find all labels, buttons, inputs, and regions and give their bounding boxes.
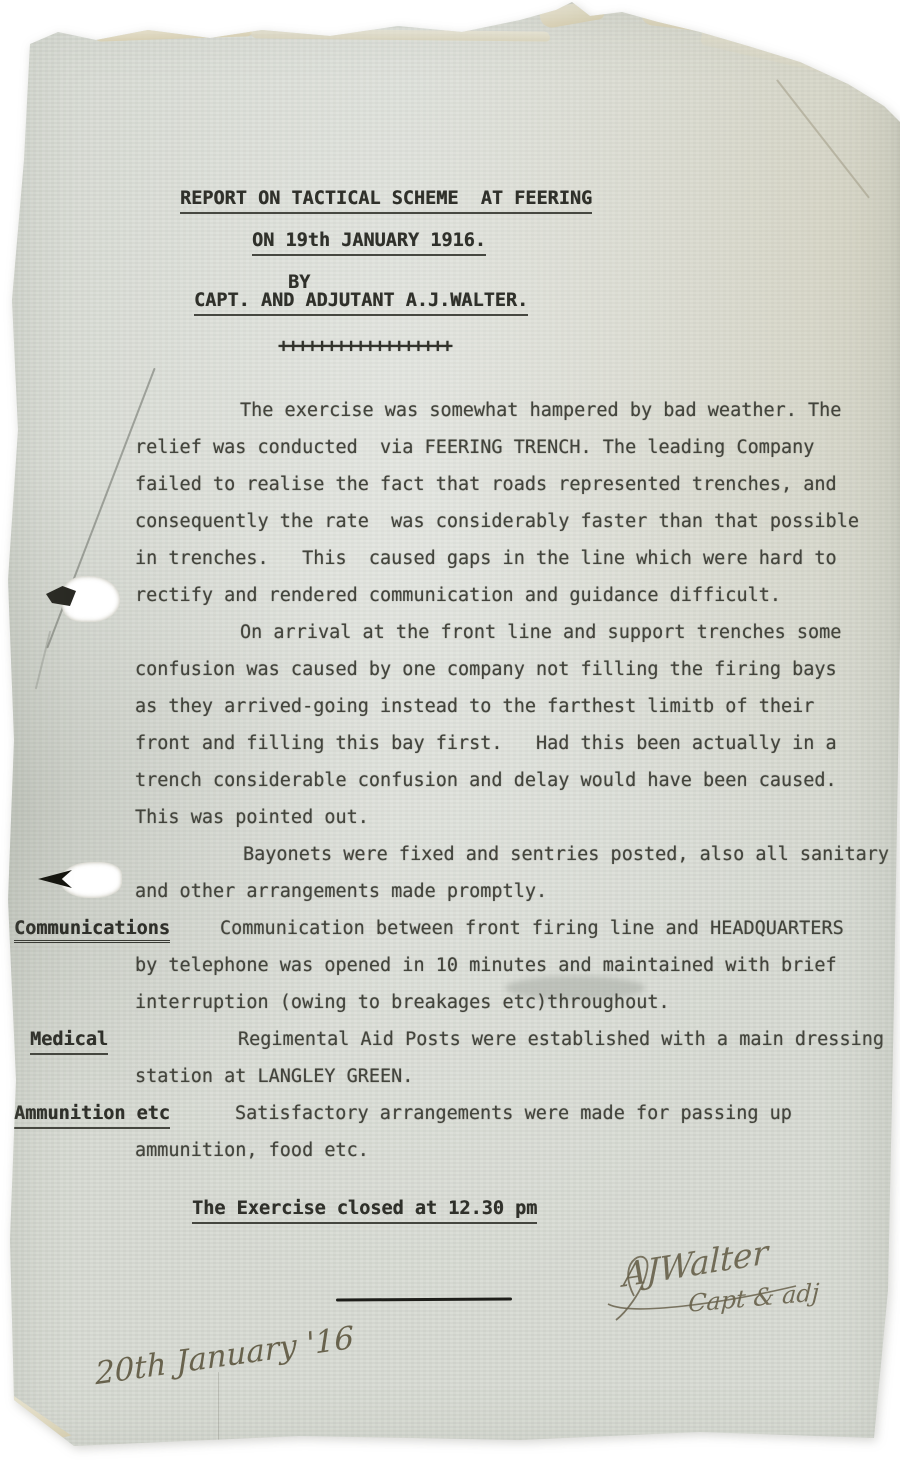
corner-fold	[700, 11, 900, 103]
section-label-medical: Medical	[30, 1021, 108, 1058]
paper-wrapper: REPORT ON TACTICAL SCHEME AT FEERING ON …	[0, 0, 900, 1462]
paper-tear	[60, 862, 122, 898]
scanned-report: REPORT ON TACTICAL SCHEME AT FEERING ON …	[0, 0, 900, 1462]
typed-rule-line	[336, 1298, 512, 1302]
section-text-ammunition: Satisfactory arrangements were made for …	[135, 1095, 900, 1169]
torn-edge-strip	[250, 28, 550, 41]
closing-line: The Exercise closed at 12.30 pm	[192, 1190, 537, 1227]
report-title: REPORT ON TACTICAL SCHEME AT FEERING	[180, 180, 592, 217]
torn-edge-strip	[92, 23, 252, 42]
report-date-line: ON 19th JANUARY 1916.	[252, 222, 486, 259]
report-date-text: ON 19th JANUARY 1916.	[252, 230, 486, 256]
crease-line	[35, 631, 51, 690]
handwritten-date: 20th January '16	[95, 1320, 355, 1393]
crease-line	[218, 1372, 219, 1448]
section-label-medical-text: Medical	[30, 1029, 108, 1055]
closing-text: The Exercise closed at 12.30 pm	[192, 1198, 537, 1224]
torn-edge-strip	[539, 0, 606, 29]
cross-divider: ++++++++++++++++++	[278, 328, 451, 365]
author-line: CAPT. AND ADJUTANT A.J.WALTER.	[194, 282, 528, 319]
section-text-medical: Regimental Aid Posts were established wi…	[135, 1021, 900, 1095]
paragraph-arrival: On arrival at the front line and support…	[135, 614, 900, 836]
section-text-communications: Communication between front firing line …	[135, 910, 900, 1021]
crease-line	[776, 79, 870, 198]
dog-ear-fold	[8, 1388, 74, 1446]
document-page: REPORT ON TACTICAL SCHEME AT FEERING ON …	[0, 0, 900, 1462]
report-title-text: REPORT ON TACTICAL SCHEME AT FEERING	[180, 188, 592, 214]
paragraph-bayonets: Bayonets were fixed and sentries posted,…	[135, 836, 900, 910]
author-text: CAPT. AND ADJUTANT A.J.WALTER.	[194, 290, 528, 316]
torn-edge-strip	[640, 8, 870, 52]
paragraph-exercise: The exercise was somewhat hampered by ba…	[135, 392, 900, 614]
